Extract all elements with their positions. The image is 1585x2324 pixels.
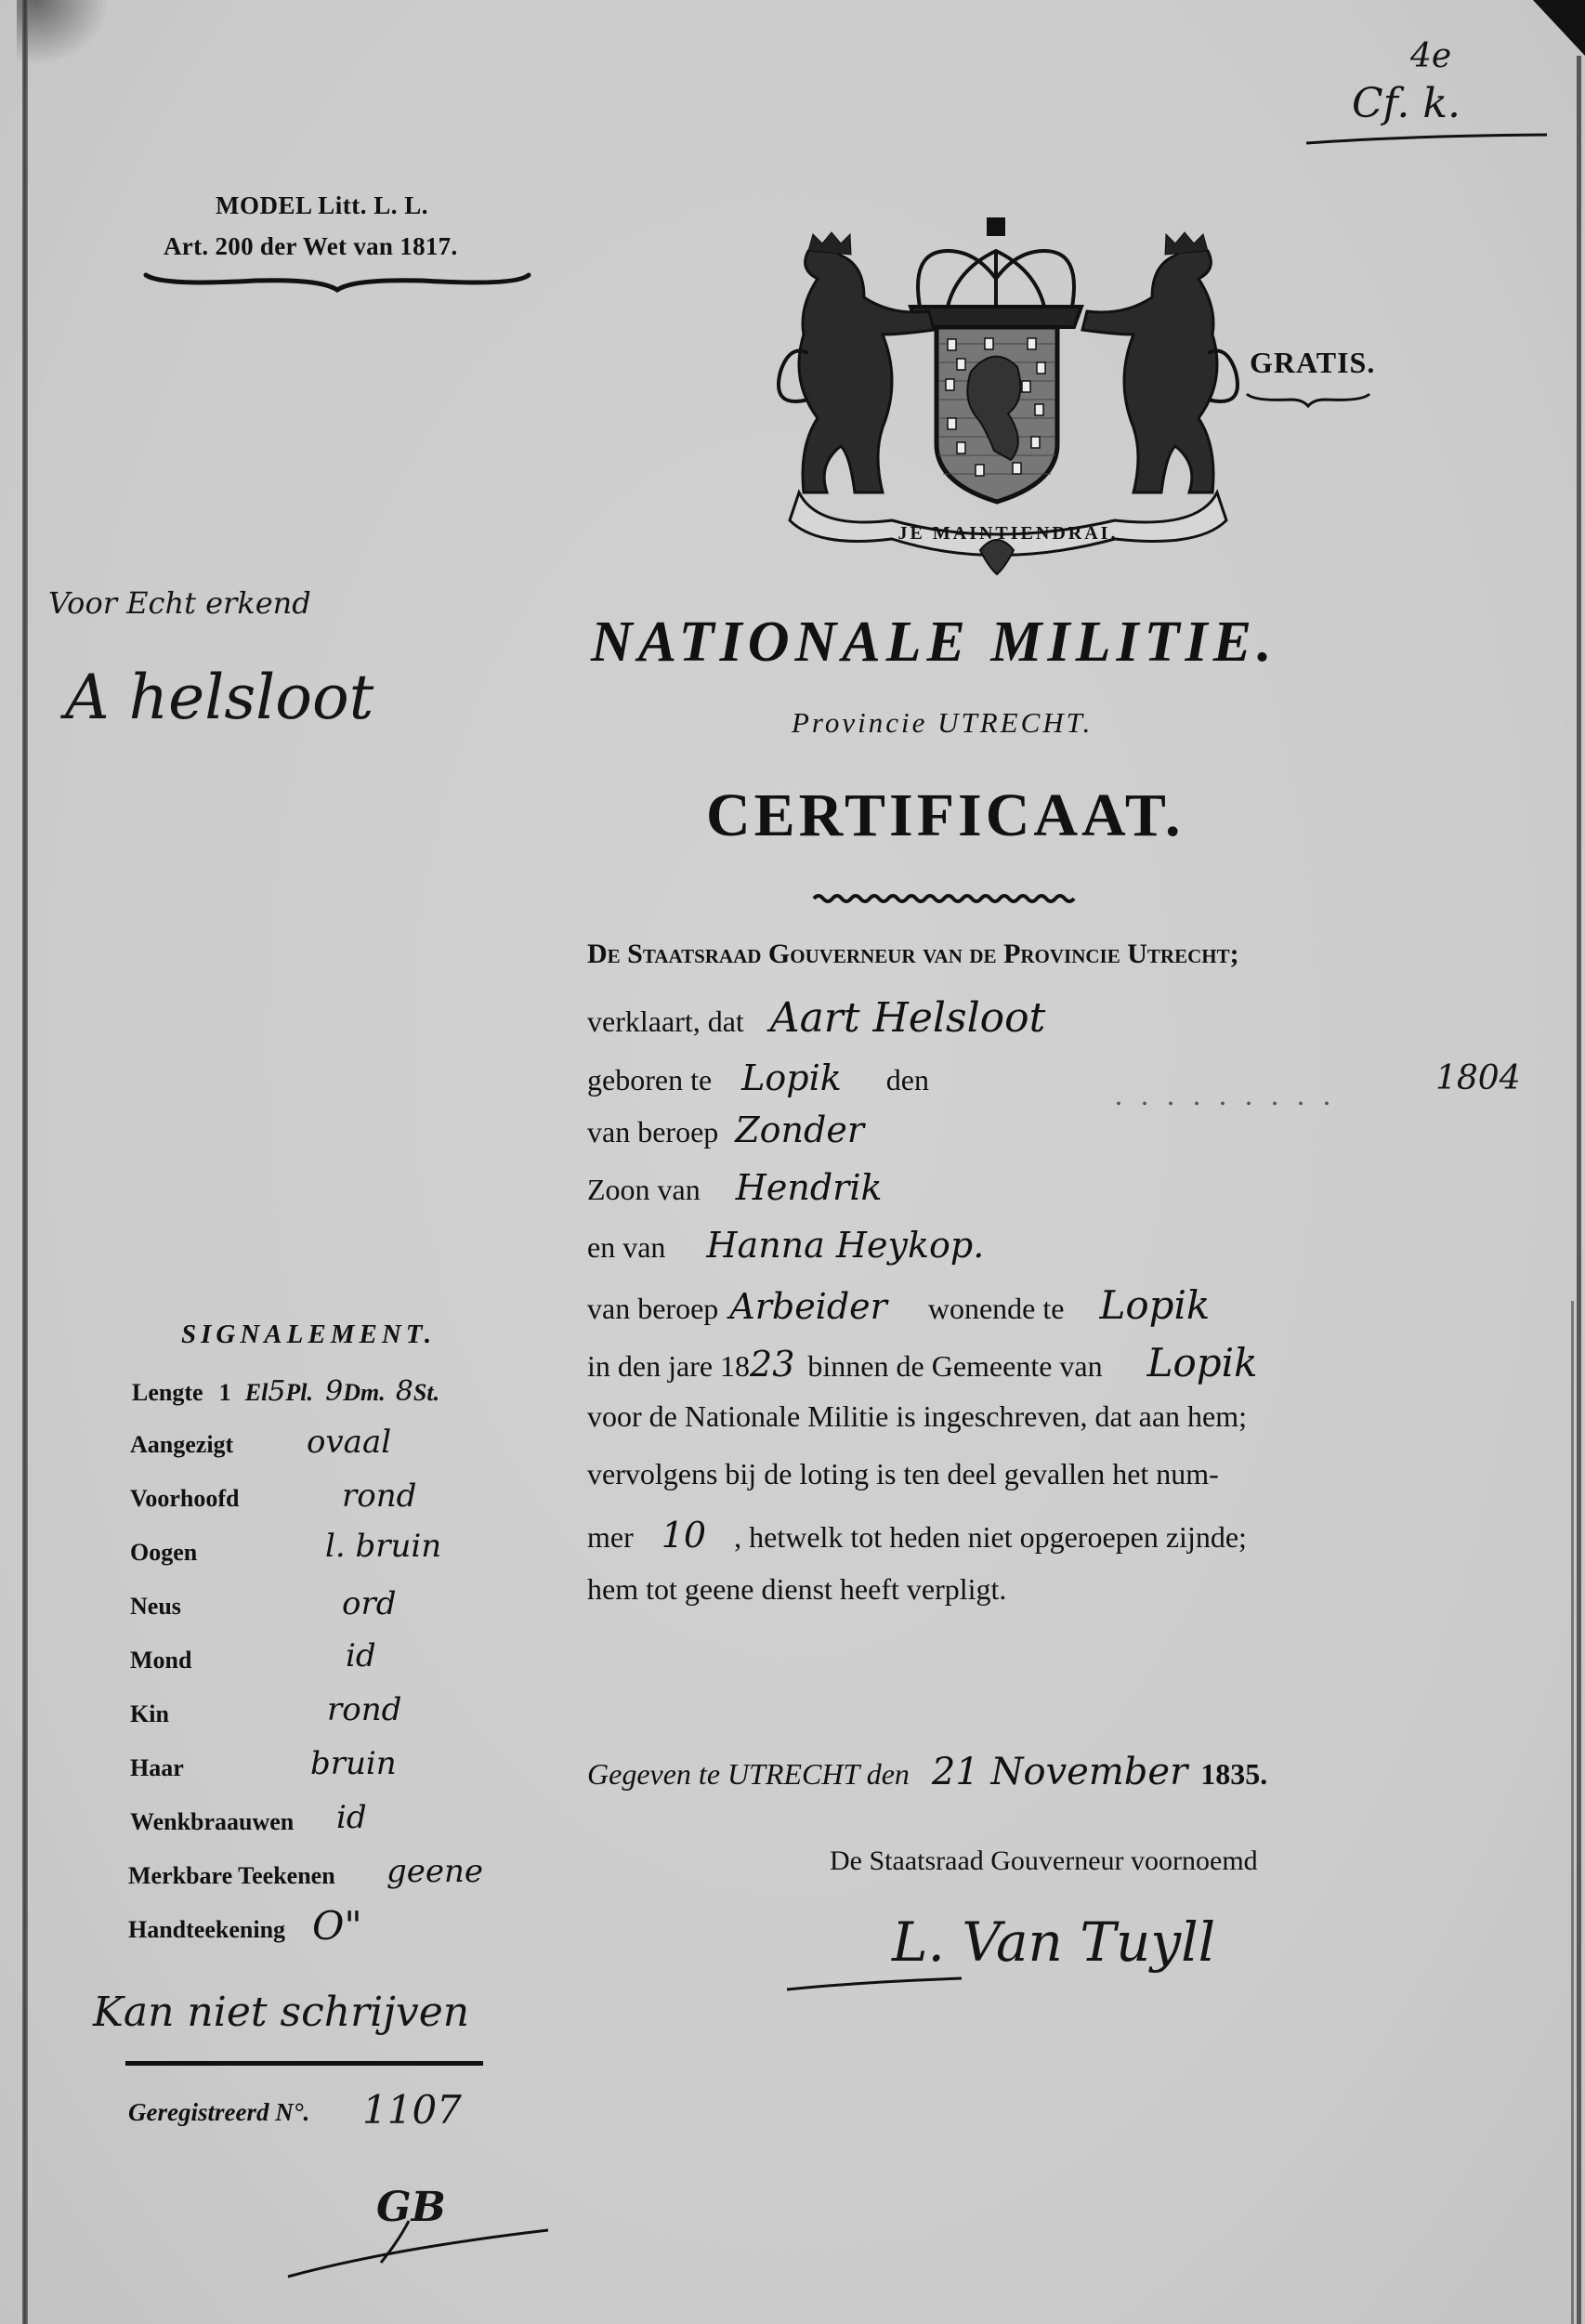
field-registration-year: in den jare 1823 binnen de Gemeente van … (587, 1340, 1258, 1385)
field-parent-occupation: van beroep Arbeider wonende te Lopik (587, 1282, 1210, 1328)
issue-year: 1835. (1200, 1757, 1267, 1791)
signer-title: De Staatsraad Gouverneur voornoemd (830, 1845, 1258, 1877)
field-occupation: van beroep Zonder (587, 1109, 864, 1150)
parent-occupation-value: Arbeider (729, 1286, 887, 1327)
document-title: NATIONALE MILITIE. (591, 610, 1277, 676)
year-suffix: binnen de Gemeente van (807, 1349, 1102, 1383)
field-label: en van (587, 1230, 665, 1264)
signalement-value: bruin (310, 1745, 397, 1782)
field-label: verklaart, dat (587, 1004, 744, 1038)
signalement-value: ovaal (307, 1424, 391, 1461)
signalement-label: Voorhoofd (130, 1485, 240, 1513)
height-pl-unit: Pl. (285, 1379, 313, 1406)
law-article: Art. 200 der Wet van 1817. (164, 232, 458, 261)
folio-underline (1301, 130, 1561, 149)
number-suffix: , hetwelk tot heden niet opgeroepen zijn… (734, 1520, 1247, 1554)
signalement-label: Neus (130, 1593, 181, 1621)
registration-label: Geregistreerd N°. (128, 2098, 309, 2127)
registrar-flourish (279, 2212, 557, 2286)
signalement-value: id (336, 1799, 367, 1836)
registration-number: 1107 (362, 2087, 462, 2133)
signalement-label: Kin (130, 1700, 169, 1728)
folio-reference: Cf. k. (1352, 80, 1461, 127)
paragraph-line-4: hem tot geene dienst heeft verpligt. (587, 1572, 1006, 1607)
signalement-label: Mond (130, 1647, 191, 1674)
residence-value: Lopik (1099, 1282, 1210, 1328)
signalement-label: Aangezigt (130, 1431, 233, 1459)
authenticity-signature: A helsloot (65, 662, 373, 733)
page-edge-right-inner (1571, 1301, 1574, 2324)
signalement-label: Merkbare Teekenen (128, 1862, 335, 1890)
field-mother: en van Hanna Heykop. (587, 1225, 984, 1266)
signalement-label: Oogen (130, 1539, 197, 1567)
occupation-value: Zonder (735, 1109, 864, 1150)
field-label-residence: wonende te (928, 1292, 1065, 1325)
signalement-value: geene (386, 1853, 483, 1890)
signalement-value: rond (327, 1691, 401, 1728)
wavy-divider (814, 892, 1093, 905)
number-prefix: mer (587, 1520, 634, 1554)
certificate-page: 4e Cf. k. MODEL Litt. L. L. Art. 200 der… (0, 0, 1585, 2324)
province-subtitle: Provincie UTRECHT. (792, 706, 1093, 740)
signalement-label: Haar (130, 1754, 184, 1782)
page-edge-right (1577, 56, 1581, 2324)
issue-date: 21 November (932, 1751, 1187, 1793)
signalement-value: ord (342, 1585, 397, 1622)
signalement-value: l. bruin (325, 1528, 441, 1565)
field-label: van beroep (587, 1115, 718, 1149)
signalement-label: Handteekening (128, 1916, 285, 1944)
height-dm-unit: Dm. (343, 1379, 386, 1406)
model-reference: MODEL Litt. L. L. (216, 191, 428, 220)
gratis-label: GRATIS. (1250, 346, 1375, 380)
cannot-write-note: Kan niet schrijven (93, 1989, 469, 2036)
brace-ornament (144, 271, 534, 299)
municipality-value: Lopik (1147, 1340, 1258, 1385)
signalement-label: Wenkbraauwen (130, 1808, 294, 1836)
height-el-unit: El (245, 1379, 269, 1406)
motto-text: JE MAINTIENDRAI. (898, 523, 1119, 544)
person-name: Aart Helsloot (770, 994, 1046, 1042)
height-dm: 9 (325, 1375, 343, 1408)
paragraph-line-1: voor de Nationale Militie is ingeschreve… (587, 1399, 1247, 1434)
field-declares: verklaart, dat Aart Helsloot (587, 994, 1045, 1042)
signalement-value: O" (312, 1903, 362, 1949)
height-st: 8 (396, 1375, 413, 1408)
signalement-value: rond (342, 1477, 416, 1515)
signalement-heading: SIGNALEMENT. (181, 1320, 436, 1350)
coat-of-arms-emblem: JE MAINTIENDRAI. (762, 214, 1254, 576)
paragraph-line-2: vervolgens bij de loting is ten deel gev… (587, 1457, 1219, 1491)
height-st-unit: St. (413, 1379, 439, 1406)
year-prefix: in den jare 18 (587, 1349, 750, 1383)
signalement-height: Lengte 1 El5Pl. 9Dm. 8St. (132, 1375, 439, 1408)
field-label: van beroep (587, 1292, 718, 1325)
signature-underline (785, 1975, 971, 1993)
field-label: geboren te (587, 1063, 712, 1096)
certificate-heading: CERTIFICAAT. (706, 781, 1184, 851)
field-birthplace: geboren te Lopik den (587, 1057, 929, 1098)
field-label: Zoon van (587, 1173, 701, 1206)
signalement-value: id (346, 1637, 376, 1674)
lottery-number: 10 (662, 1515, 706, 1556)
binding-edge (22, 0, 28, 2324)
issued-line: Gegeven te UTRECHT den 21 November 1835. (587, 1751, 1267, 1793)
height-label: Lengte (132, 1379, 203, 1406)
gratis-brace (1245, 390, 1375, 409)
year-hand: 23 (750, 1344, 794, 1385)
governor-signature: L. Van Tuyll (892, 1910, 1215, 1974)
paragraph-line-3: mer 10 , hetwelk tot heden niet opgeroep… (587, 1515, 1247, 1556)
binding-shadow (17, 0, 110, 65)
height-el: 1 (219, 1379, 231, 1406)
page-corner (1520, 0, 1585, 56)
mother-name: Hanna Heykop. (706, 1225, 984, 1266)
birth-year: 1804 (1435, 1059, 1521, 1097)
father-name: Hendrik (736, 1167, 883, 1208)
height-pl: 5 (268, 1375, 285, 1408)
issued-prefix: Gegeven te UTRECHT den (587, 1757, 910, 1791)
birthplace-value: Lopik (741, 1057, 842, 1098)
signalement-rule (125, 2061, 483, 2066)
folio-number: 4e (1410, 37, 1451, 75)
issuing-authority: De Staatsraad Gouverneur van de Provinci… (587, 939, 1239, 970)
authenticity-note: Voor Echt erkend (48, 585, 311, 621)
field-label-date: den (886, 1063, 929, 1096)
date-dots: . . . . . . . . . (1115, 1078, 1336, 1112)
field-father: Zoon van Hendrik (587, 1167, 883, 1208)
